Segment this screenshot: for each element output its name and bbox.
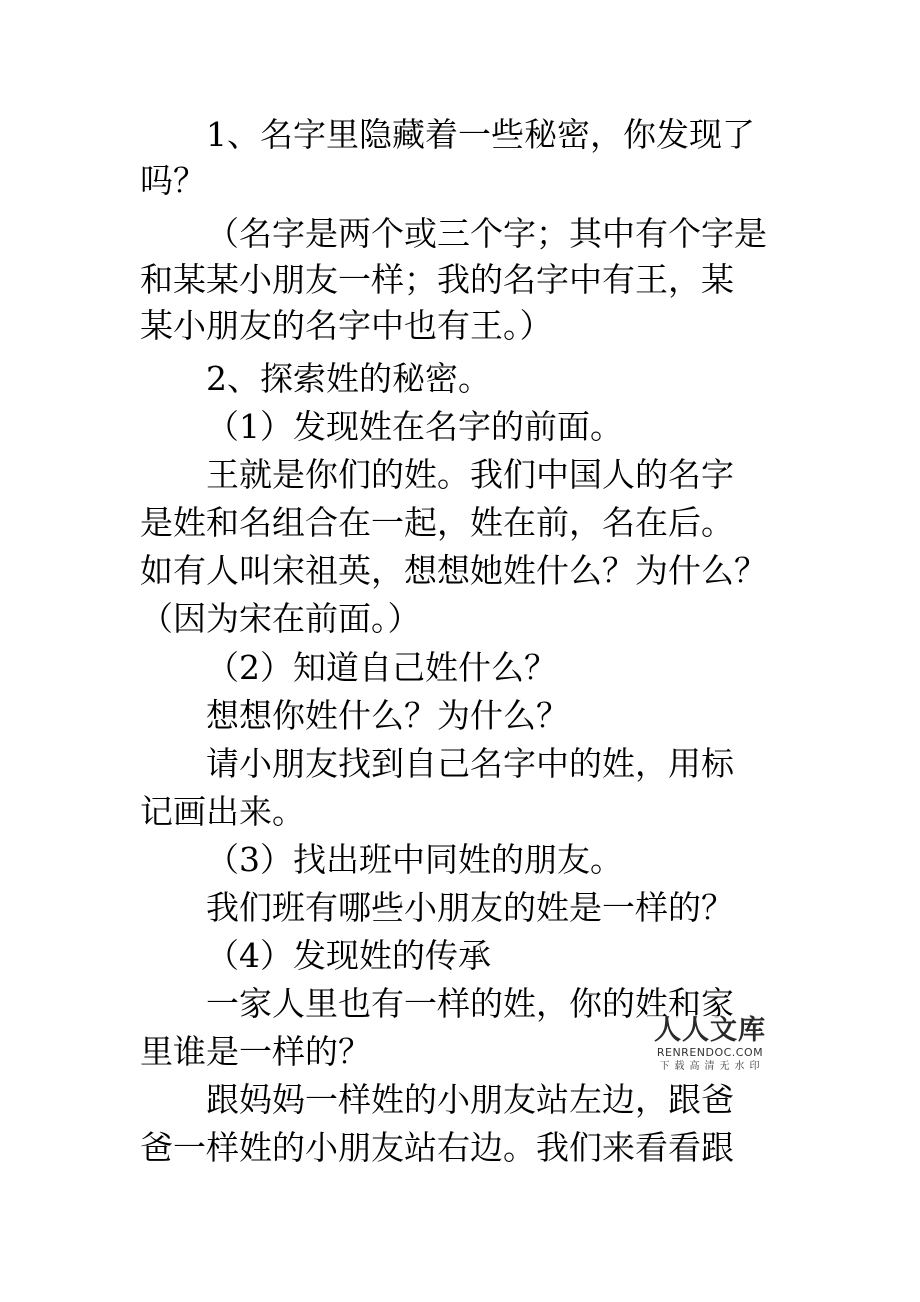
watermark-url: RENRENDOC.COM: [648, 1046, 772, 1060]
paragraph-line: （名字是两个或三个字；其中有个字是: [206, 211, 767, 257]
paragraph-line: 记画出来。: [140, 789, 305, 835]
subsection-heading: （3）找出班中同姓的朋友。: [206, 837, 623, 883]
paragraph-line: 爸一样姓的小朋友站右边。我们来看看跟: [140, 1125, 734, 1171]
watermark: 人人文库 RENRENDOC.COM 下载高清无水印: [648, 1016, 772, 1073]
paragraph-line: 我们班有哪些小朋友的姓是一样的？: [206, 885, 734, 931]
subsection-heading: （1）发现姓在名字的前面。: [206, 404, 623, 450]
subsection-heading: （4）发现姓的传承: [206, 933, 491, 979]
section-heading: 2、探索姓的秘密。: [206, 356, 491, 402]
paragraph-line: 和某某小朋友一样；我的名字中有王，某: [140, 257, 734, 303]
paragraph-line: 请小朋友找到自己名字中的姓，用标: [206, 741, 734, 787]
paragraph-line: 吗？: [140, 158, 206, 204]
paragraph-line: （因为宋在前面。）: [140, 596, 421, 642]
paragraph-line: 是姓和名组合在一起，姓在前，名在后。: [140, 500, 734, 546]
paragraph-line: 如有人叫宋祖英，想想她姓什么？为什么？: [140, 548, 767, 594]
paragraph-line: 想想你姓什么？为什么？: [206, 693, 569, 739]
paragraph-line: 1、名字里隐藏着一些秘密，你发现了: [206, 112, 755, 158]
paragraph-line: 里谁是一样的？: [140, 1029, 371, 1075]
watermark-logo: 人人文库: [648, 1016, 772, 1046]
subsection-heading: （2）知道自己姓什么？: [206, 645, 557, 691]
paragraph-line: 某小朋友的名字中也有王。）: [140, 303, 553, 349]
paragraph-line: 王就是你们的姓。我们中国人的名字: [206, 452, 734, 498]
paragraph-line: 跟妈妈一样姓的小朋友站左边，跟爸: [206, 1077, 734, 1123]
watermark-subtitle: 下载高清无水印: [648, 1060, 772, 1073]
